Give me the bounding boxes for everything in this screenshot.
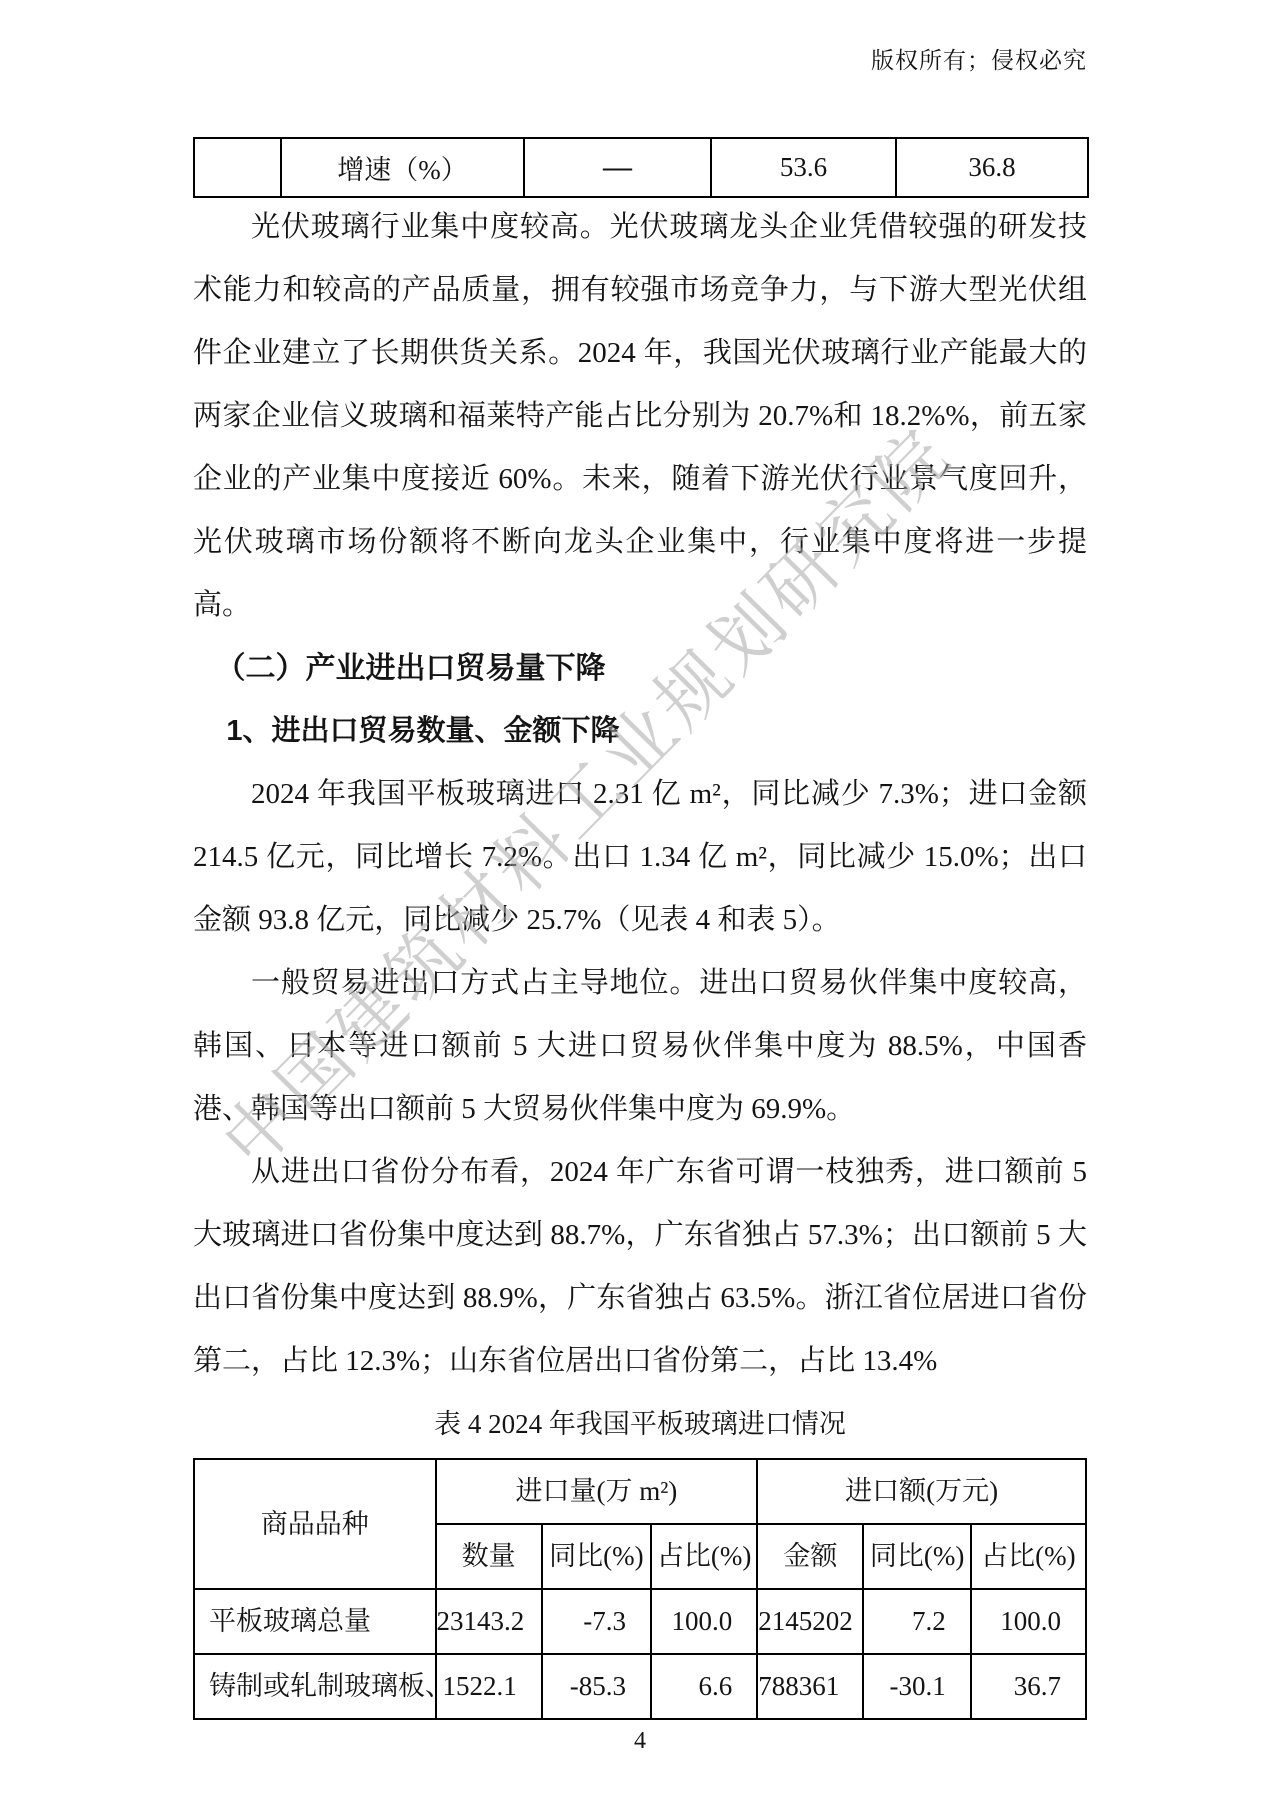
table4-row-total: 平板玻璃总量 23143.2 -7.3 100.0 2145202 7.2 10… [194, 1589, 1086, 1654]
table4-header-import-qty-group: 进口量(万 m²) [436, 1459, 758, 1524]
page-number: 4 [0, 1728, 1280, 1755]
table4-cell-value-share: 36.7 [971, 1654, 1086, 1719]
table4-subheader-qty-share: 占比(%) [651, 1524, 757, 1589]
carryover-value-cell: 53.6 [711, 138, 896, 197]
document-body: 光伏玻璃行业集中度较高。光伏玻璃龙头企业凭借较强的研发技术能力和较高的产品质量，… [193, 196, 1087, 1720]
carryover-value-cell: — [524, 138, 711, 197]
table4-cell-value: 2145202 [757, 1589, 863, 1654]
table4-row-cast-rolled: 铸制或轧制玻璃板、片 1522.1 -85.3 6.6 788361 -30.1… [194, 1654, 1086, 1719]
table4-cell-qty: 23143.2 [436, 1589, 542, 1654]
table4-cell-value: 788361 [757, 1654, 863, 1719]
table4-cell-qty-yoy: -7.3 [542, 1589, 651, 1654]
table4-cell-qty-share: 100.0 [651, 1589, 757, 1654]
carryover-row-label: 增速（%） [281, 138, 524, 197]
table4-header-row-groups: 商品品种 进口量(万 m²) 进口额(万元) [194, 1459, 1086, 1524]
table4-cell-qty-yoy: -85.3 [542, 1654, 651, 1719]
table4-cell-product: 平板玻璃总量 [194, 1589, 436, 1654]
paragraph-import-export-figures: 2024 年我国平板玻璃进口 2.31 亿 m²，同比减少 7.3%；进口金额 … [193, 763, 1087, 952]
table4-subheader-qty: 数量 [436, 1524, 542, 1589]
table4-cell-value-share: 100.0 [971, 1589, 1086, 1654]
document-page: 版权所有；侵权必究 中国建筑材料工业规划研究院 增速（%） — 53.6 36.… [0, 0, 1280, 1810]
table4-cell-value-yoy: -30.1 [863, 1654, 970, 1719]
carryover-table: 增速（%） — 53.6 36.8 [193, 137, 1089, 198]
table4-caption: 表 4 2024 年我国平板玻璃进口情况 [193, 1393, 1087, 1456]
copyright-notice: 版权所有；侵权必究 [871, 42, 1087, 75]
carryover-table-row: 增速（%） — 53.6 36.8 [194, 138, 1088, 197]
table4-import-data: 商品品种 进口量(万 m²) 进口额(万元) 数量 同比(%) 占比(%) 金额… [193, 1458, 1087, 1720]
table4-header-import-value-group: 进口额(万元) [757, 1459, 1086, 1524]
table4-header-product: 商品品种 [194, 1459, 436, 1589]
table4-cell-product: 铸制或轧制玻璃板、片 [194, 1654, 436, 1719]
table4-subheader-value-yoy: 同比(%) [863, 1524, 970, 1589]
paragraph-trade-partners: 一般贸易进出口方式占主导地位。进出口贸易伙伴集中度较高，韩国、日本等进口额前 5… [193, 952, 1087, 1141]
carryover-empty-cell [194, 138, 281, 197]
paragraph-industry-concentration: 光伏玻璃行业集中度较高。光伏玻璃龙头企业凭借较强的研发技术能力和较高的产品质量，… [193, 196, 1087, 637]
table4-cell-qty: 1522.1 [436, 1654, 542, 1719]
carryover-value-cell: 36.8 [896, 138, 1088, 197]
section-heading-trade-decline: （二）产业进出口贸易量下降 [193, 637, 1087, 700]
table4-cell-value-yoy: 7.2 [863, 1589, 970, 1654]
subsection-heading-trade-volume: 1、进出口贸易数量、金额下降 [193, 700, 1087, 763]
table4-subheader-qty-yoy: 同比(%) [542, 1524, 651, 1589]
table4-subheader-value: 金额 [757, 1524, 863, 1589]
table4-cell-qty-share: 6.6 [651, 1654, 757, 1719]
table4-subheader-value-share: 占比(%) [971, 1524, 1086, 1589]
paragraph-province-distribution: 从进出口省份分布看，2024 年广东省可谓一枝独秀，进口额前 5 大玻璃进口省份… [193, 1141, 1087, 1393]
